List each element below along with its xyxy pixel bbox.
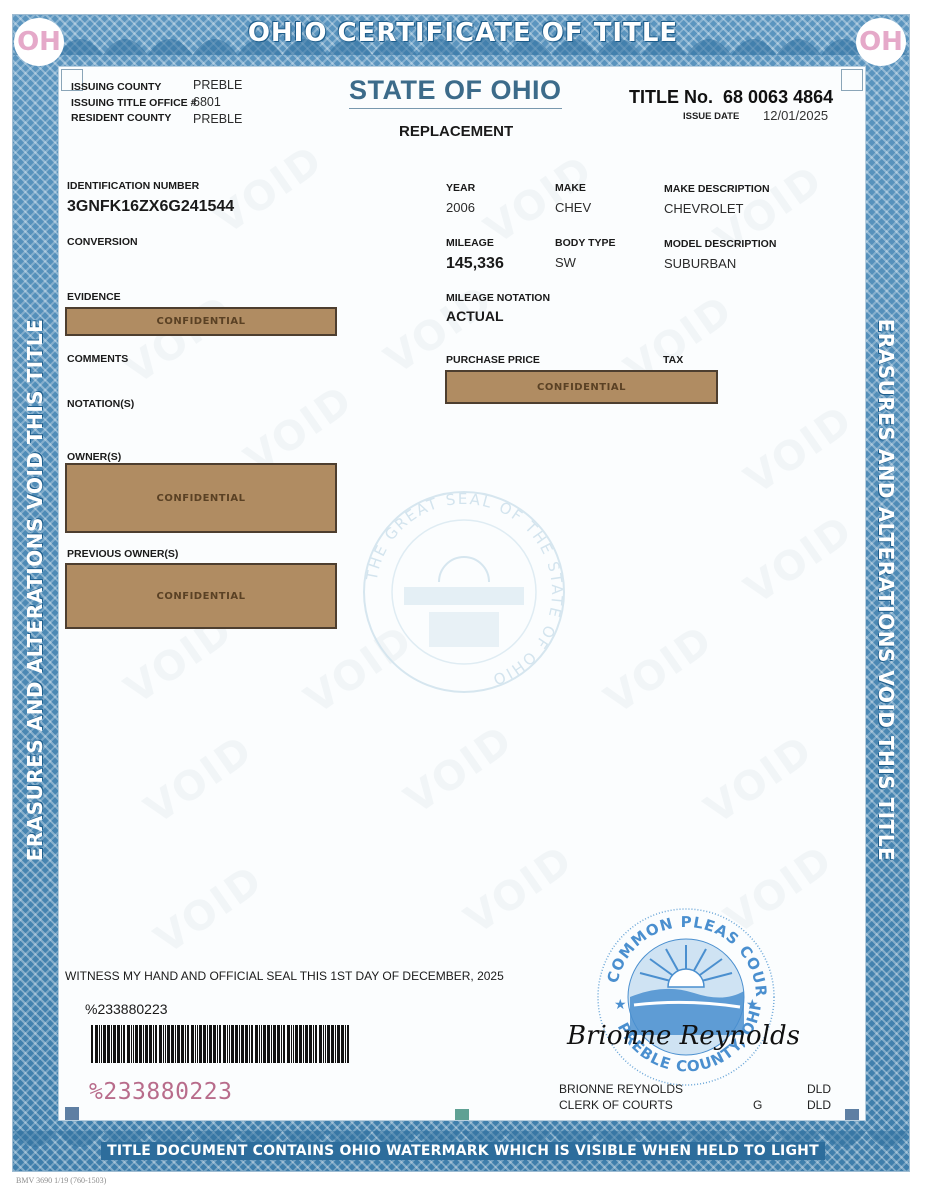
mileage-notation-value: ACTUAL — [446, 308, 504, 324]
tax-label: TAX — [663, 354, 683, 366]
barcode — [91, 1025, 351, 1063]
witness-statement: WITNESS MY HAND AND OFFICIAL SEAL THIS 1… — [65, 969, 504, 983]
issuing-office-value: 6801 — [193, 95, 221, 109]
clerk-title: CLERK OF COURTS — [559, 1098, 673, 1112]
void-watermark: VOID — [457, 837, 582, 944]
void-watermark: VOID — [697, 727, 822, 834]
alignment-marker-right — [845, 1109, 859, 1121]
office-code-g: G — [753, 1098, 762, 1112]
title-number: TITLE No. 68 0063 4864 — [629, 87, 833, 108]
mileage-notation-label: MILEAGE NOTATION — [446, 292, 550, 304]
title-number-value: 68 0063 4864 — [723, 87, 833, 107]
year-value: 2006 — [446, 200, 475, 215]
issuing-office-label: ISSUING TITLE OFFICE # — [71, 97, 196, 109]
conversion-label: CONVERSION — [67, 236, 138, 248]
owners-redacted: CONFIDENTIAL — [65, 463, 337, 533]
oh-badge-left: OH — [14, 18, 64, 66]
office-code-dld-1: DLD — [807, 1082, 831, 1096]
issuing-county-label: ISSUING COUNTY — [71, 81, 161, 93]
oh-badge-right: OH — [856, 18, 906, 66]
make-description-label: MAKE DESCRIPTION — [664, 183, 770, 195]
alignment-marker-left — [65, 1107, 79, 1121]
year-label: YEAR — [446, 182, 475, 194]
corner-ornament-icon — [841, 69, 863, 91]
comments-label: COMMENTS — [67, 353, 128, 365]
body-type-label: BODY TYPE — [555, 237, 616, 249]
form-code: BMV 3690 1/19 (760-1503) — [16, 1176, 106, 1185]
notations-label: NOTATION(S) — [67, 398, 134, 410]
issue-date-label: ISSUE DATE — [683, 111, 739, 122]
title-number-label: TITLE No. — [629, 87, 713, 107]
clerk-signature: Brionne Reynolds — [559, 1002, 799, 1062]
void-watermark: VOID — [737, 507, 862, 614]
make-description-value: CHEVROLET — [664, 201, 743, 216]
identification-number-label: IDENTIFICATION NUMBER — [67, 180, 199, 192]
void-watermark: VOID — [137, 727, 262, 834]
evidence-redacted: CONFIDENTIAL — [65, 307, 337, 336]
body-type-value: SW — [555, 255, 576, 270]
void-watermark: VOID — [147, 857, 272, 964]
issue-date-value: 12/01/2025 — [763, 108, 828, 123]
void-watermark: VOID — [737, 397, 862, 504]
evidence-label: EVIDENCE — [67, 291, 121, 303]
watermark-notice-banner: TITLE DOCUMENT CONTAINS OHIO WATERMARK W… — [0, 1143, 926, 1159]
state-title: STATE OF OHIO — [349, 75, 562, 109]
model-description-value: SUBURBAN — [664, 256, 736, 271]
office-code-dld-2: DLD — [807, 1098, 831, 1112]
watermark-notice-text: TITLE DOCUMENT CONTAINS OHIO WATERMARK W… — [101, 1142, 825, 1160]
issuing-county-value: PREBLE — [193, 78, 242, 92]
previous-owners-redacted: CONFIDENTIAL — [65, 563, 337, 629]
identification-number-value: 3GNFK16ZX6G241544 — [67, 198, 234, 216]
resident-county-value: PREBLE — [193, 112, 242, 126]
side-warning-right: ERASURES AND ALTERATIONS VOID THIS TITLE — [874, 319, 898, 862]
purchase-price-redacted: CONFIDENTIAL — [445, 370, 718, 404]
court-seal-icon: COMMON PLEAS COURT PREBLE COUNTY, OHIO ★… — [594, 905, 779, 1090]
purchase-price-label: PURCHASE PRICE — [446, 354, 540, 366]
model-description-label: MODEL DESCRIPTION — [664, 238, 776, 250]
void-watermark: VOID — [597, 617, 722, 724]
void-watermark: VOID — [207, 137, 332, 244]
alignment-marker-center — [455, 1109, 469, 1121]
title-document-body: VOID VOID VOID VOID VOID VOID VOID VOID … — [58, 66, 866, 1121]
void-watermark: VOID — [397, 717, 522, 824]
certificate-banner: OHIO CERTIFICATE OF TITLE — [0, 18, 926, 48]
svg-text:Brionne Reynolds: Brionne Reynolds — [566, 1021, 799, 1051]
make-value: CHEV — [555, 200, 591, 215]
side-warning-left: ERASURES AND ALTERATIONS VOID THIS TITLE — [23, 319, 47, 862]
mileage-value: 145,336 — [446, 255, 504, 273]
resident-county-label: RESIDENT COUNTY — [71, 112, 171, 124]
mileage-label: MILEAGE — [446, 237, 494, 249]
title-type: REPLACEMENT — [399, 123, 513, 140]
previous-owners-label: PREVIOUS OWNER(S) — [67, 548, 178, 560]
void-watermark: VOID — [117, 287, 242, 394]
clerk-name: BRIONNE REYNOLDS — [559, 1082, 683, 1096]
make-label: MAKE — [555, 182, 586, 194]
barcode-number-top: %233880223 — [85, 1001, 168, 1017]
state-seal-watermark-icon: THE GREAT SEAL OF THE STATE OF OHIO — [359, 487, 569, 697]
owners-label: OWNER(S) — [67, 451, 121, 463]
barcode-number-bottom: %233880223 — [89, 1079, 232, 1105]
